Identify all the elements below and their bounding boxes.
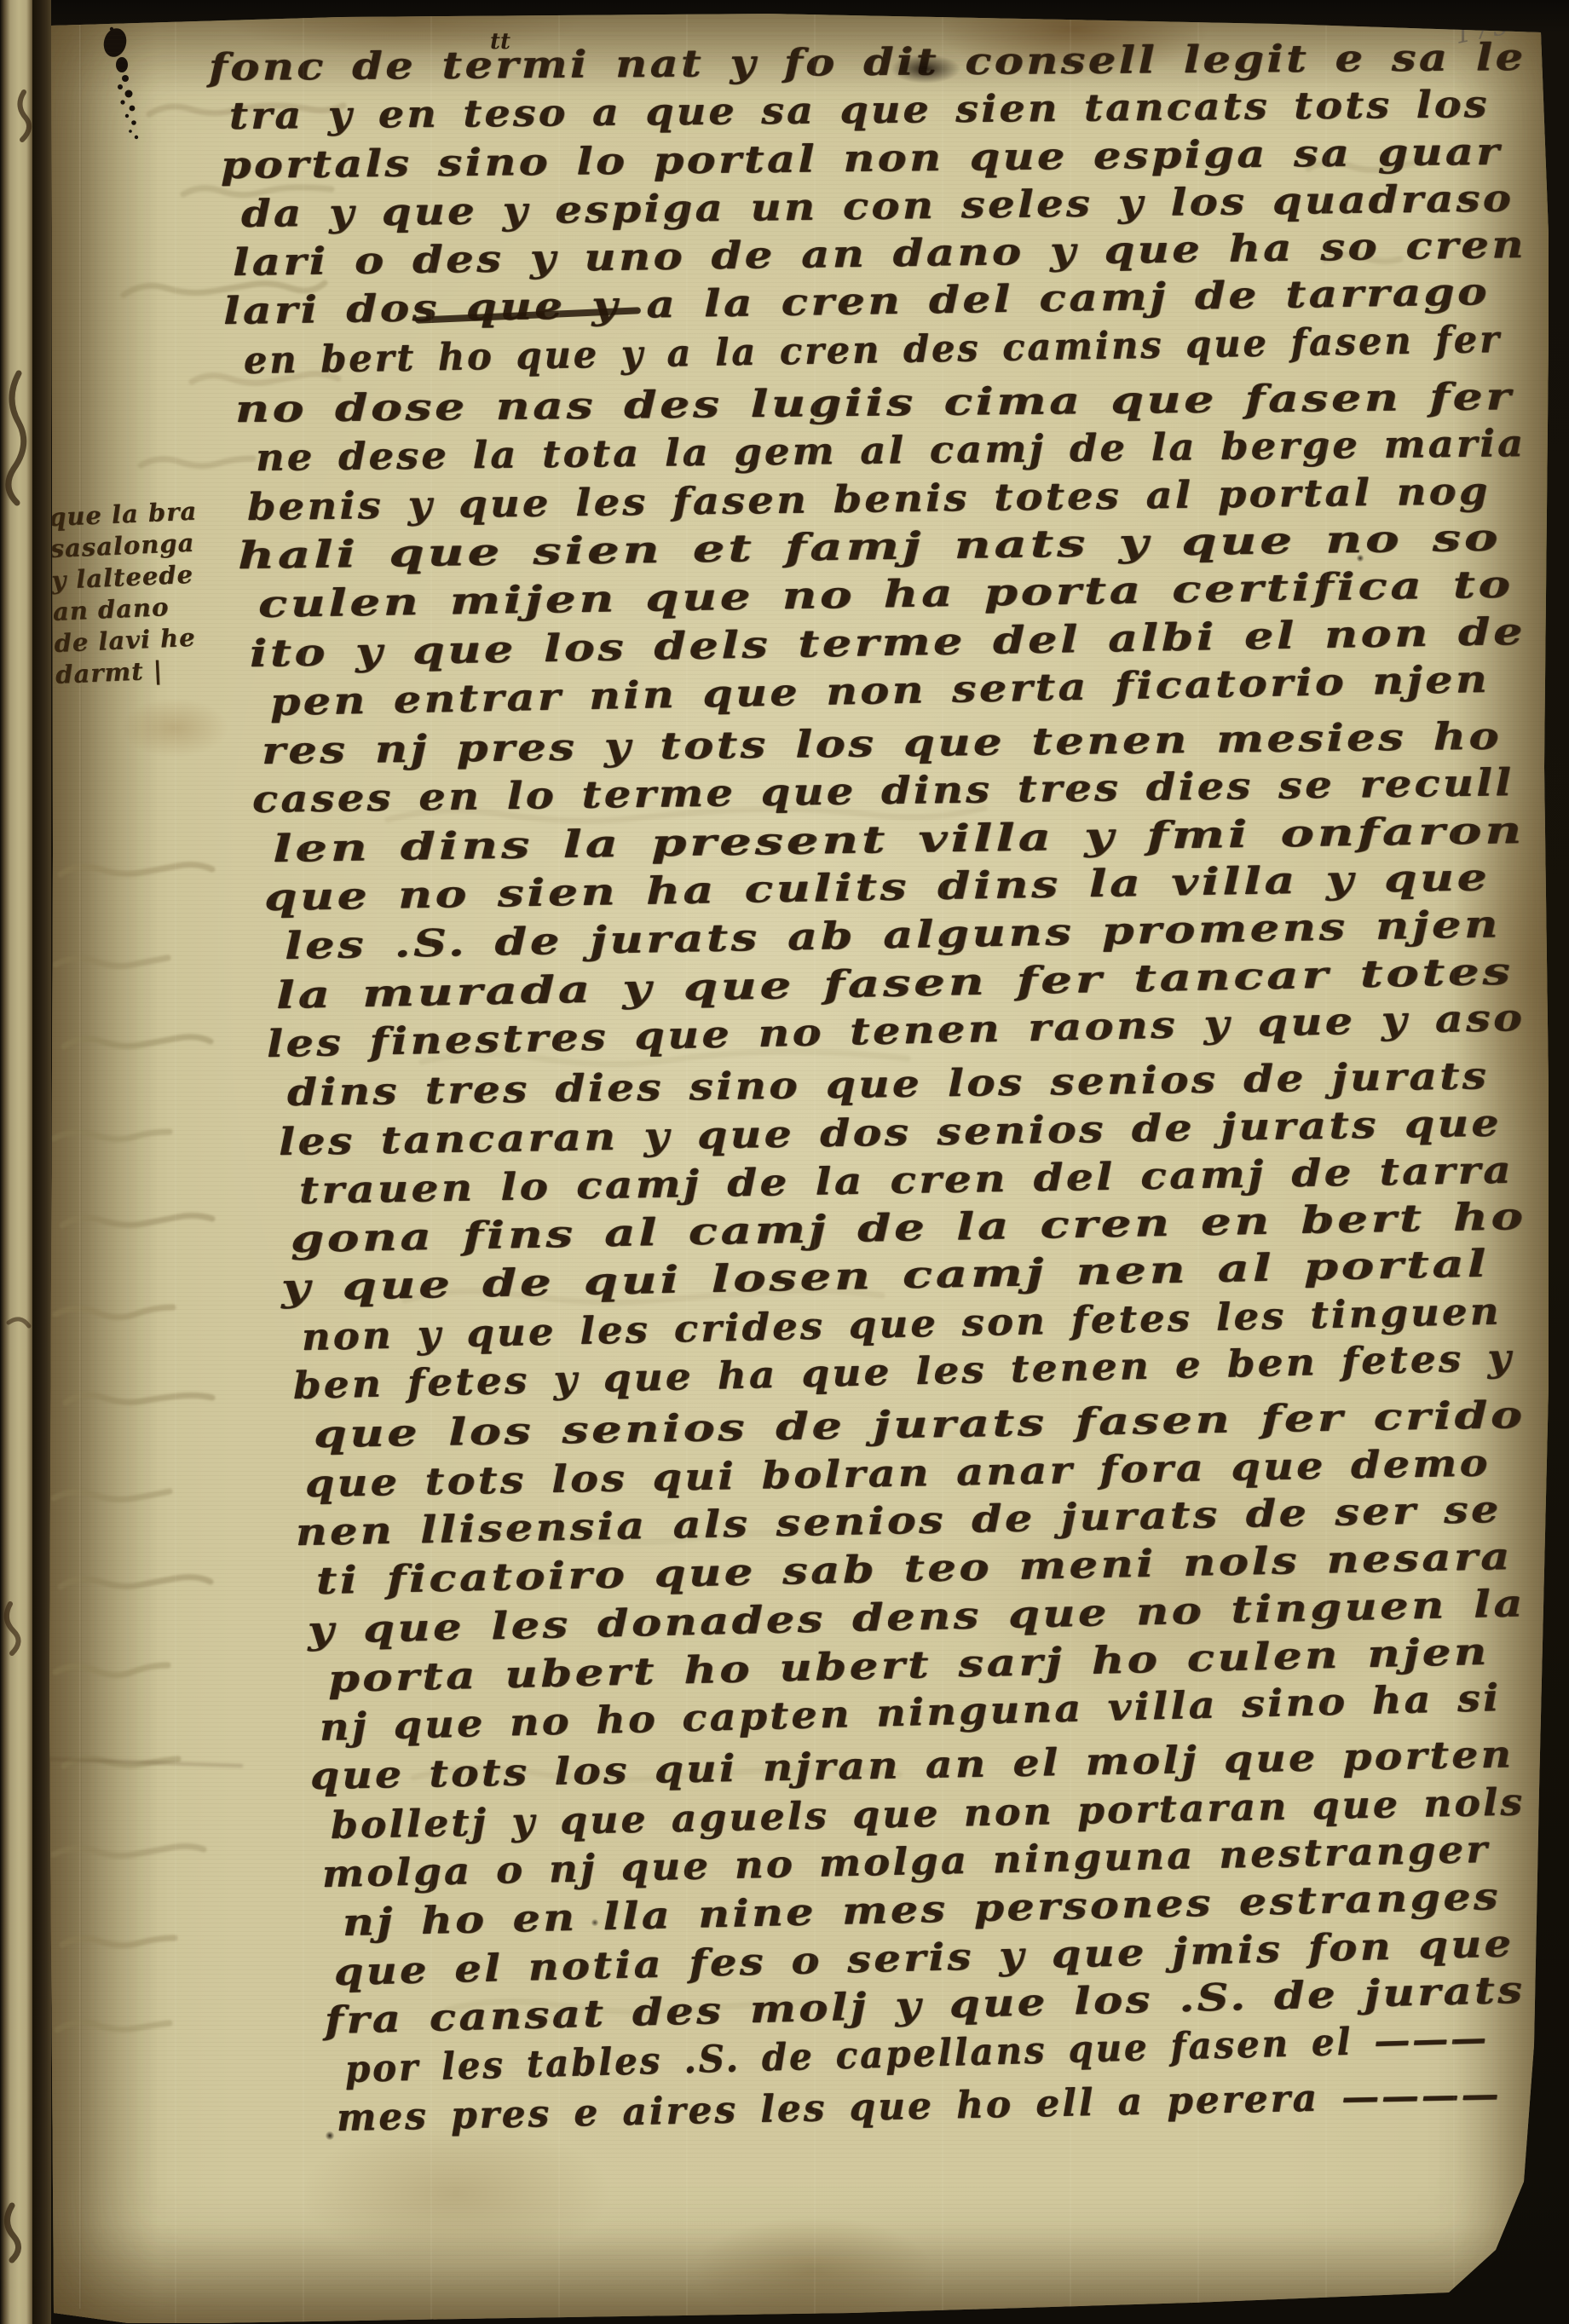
ink-smudge (891, 55, 960, 84)
binding-gutter (32, 0, 51, 2324)
manuscript-text-block: fonc de termi nat y fo dit consell legit… (200, 46, 1549, 2236)
previous-page-ink-marks (0, 0, 34, 2324)
manuscript-scan: 175 tt que la brasasalongay lalteedean d… (0, 0, 1569, 2324)
previous-page-edge (0, 0, 34, 2324)
ink-blot (96, 24, 164, 152)
fold-crease-vertical (79, 12, 82, 2309)
manuscript-page: 175 tt que la brasasalongay lalteedean d… (47, 12, 1549, 2324)
